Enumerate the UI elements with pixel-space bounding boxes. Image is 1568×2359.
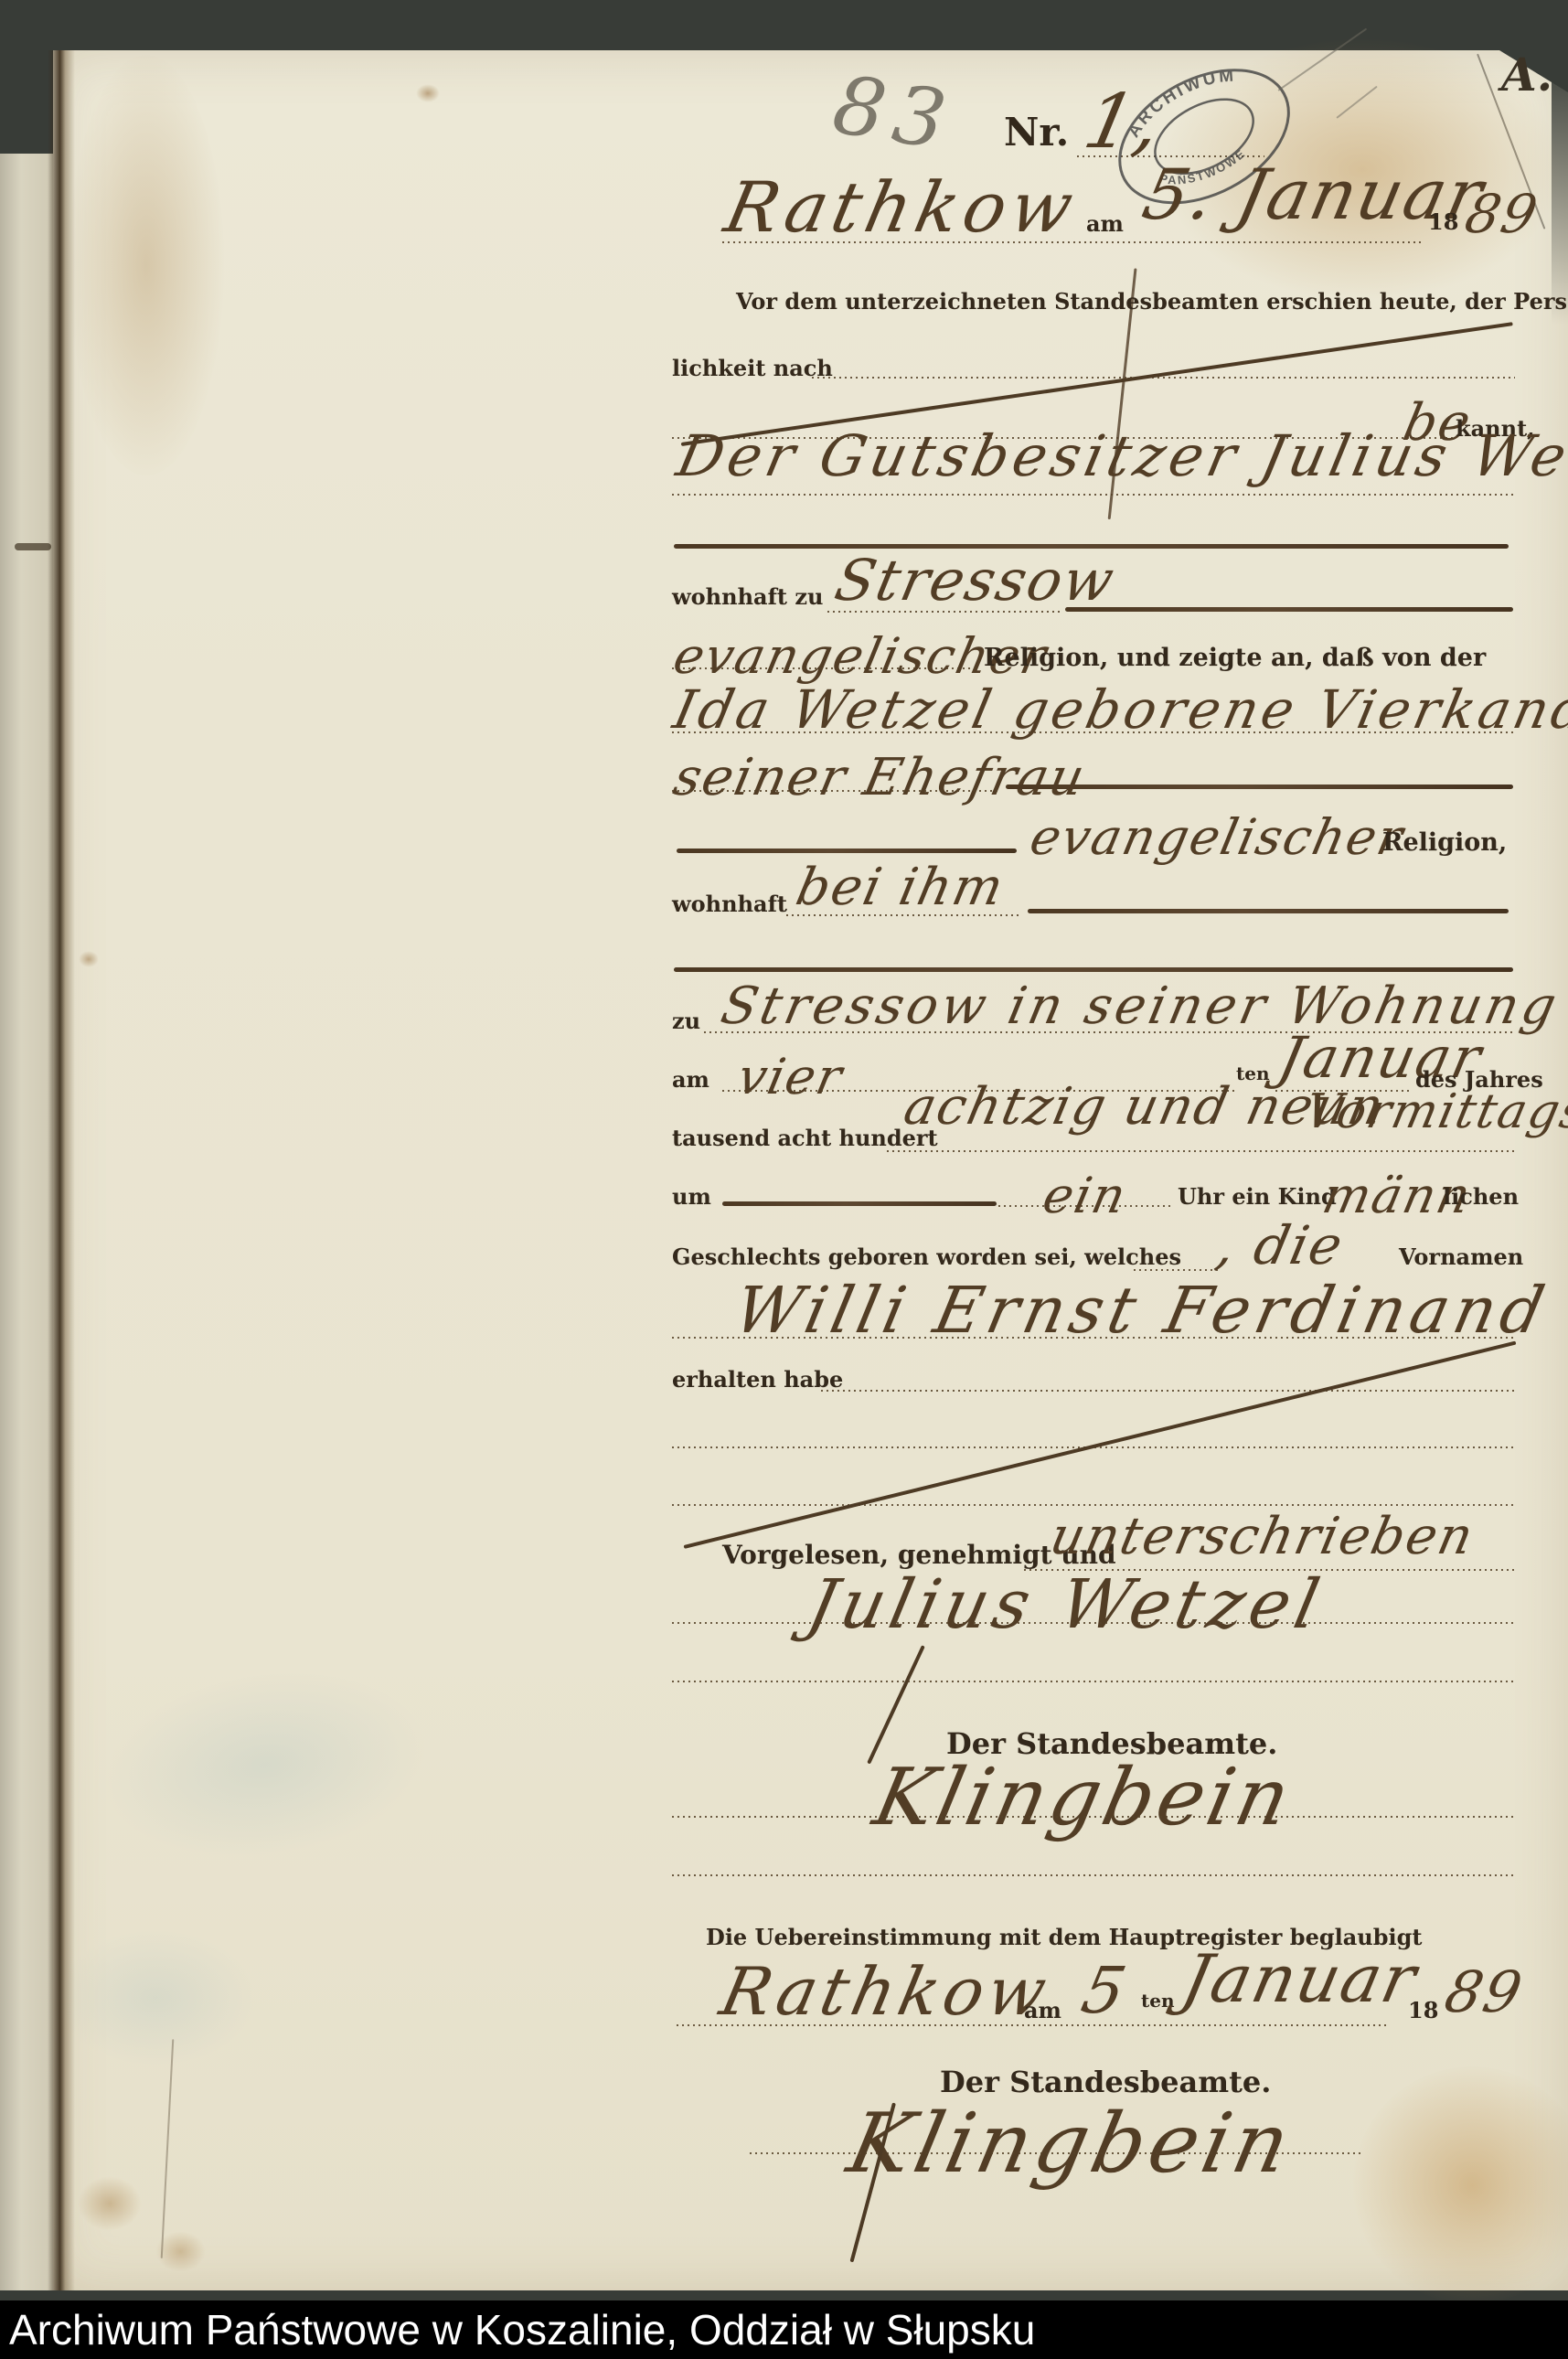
sex-line-label: Geschlechts geboren worden sei, welches (672, 1244, 1181, 1270)
page-edge-mark (15, 543, 51, 550)
empty-rule-2 (672, 1504, 1515, 1506)
residence2-label: wohnhaft (672, 891, 787, 917)
birthdate-day-entry: vier (732, 1048, 848, 1105)
signed-entry: unterschrieben (1045, 1507, 1479, 1566)
birthplace-label: zu (672, 1008, 700, 1034)
registrar-signature-2: Klingbein (840, 2096, 1302, 2192)
signature-rule-3 (750, 2152, 1362, 2154)
registrar-title-2: Der Standesbeamte. (940, 2065, 1271, 2099)
blank-stroke-5 (1028, 909, 1509, 913)
residence2-entry: bei ihm (791, 858, 1010, 917)
child-name-rule (672, 1337, 1515, 1339)
scanned-document: 83 Nr. 1, A. ARCHIWUM PAŃSTWOWE Rathkow … (0, 0, 1568, 2359)
blank-stroke-6 (674, 967, 1513, 972)
religion2-printed: Religion, (1382, 828, 1507, 857)
mother-rule (672, 731, 1515, 733)
certification-ten-label: ten (1141, 1990, 1175, 2012)
certification-month: Januar (1176, 1940, 1424, 2017)
registrar-signature-1: Klingbein (866, 1752, 1301, 1843)
underlying-page-edge (0, 154, 53, 2290)
blank-stroke-7 (722, 1201, 997, 1206)
blank-stroke-4 (677, 849, 1017, 853)
certification-am-label: am (1024, 1997, 1061, 2023)
pencil-page-number: 83 (827, 57, 961, 168)
blank-stroke-2 (1065, 607, 1513, 612)
vornamen-label: Vornamen (1399, 1244, 1523, 1270)
empty-rule-3 (672, 1681, 1515, 1682)
header-place: Rathkow (719, 166, 1086, 248)
religion2-entry: evangelischer (1025, 808, 1409, 866)
certification-year-printed: 18 (1408, 1997, 1438, 2023)
signature-rule-1 (672, 1622, 1515, 1624)
die-rule (1134, 1269, 1218, 1271)
religion1-printed: Religion, und zeigte an, daß von der (984, 644, 1486, 672)
certification-year-written: 89 (1439, 1959, 1529, 2025)
binding-crease (48, 50, 75, 2290)
archive-caption-text: Archiwum Państwowe w Koszalinie, Oddział… (0, 2300, 1035, 2359)
time-uhr-label: Uhr ein Kind (1178, 1183, 1337, 1210)
birthdate-am-label: am (672, 1066, 709, 1093)
daytime-entry: Vormittags (1300, 1084, 1568, 1139)
certification-rule (677, 2024, 1390, 2026)
record-number-label: Nr. (1004, 110, 1069, 155)
signature-rule-2 (672, 1816, 1515, 1818)
empty-rule-4 (672, 1874, 1515, 1876)
intro-line-1: Vor dem unterzeichneten Standesbeamten e… (736, 288, 1568, 315)
identity-rule (812, 377, 1515, 379)
declarant-entry: Der Gutsbesitzer Julius Wetzel (671, 422, 1568, 489)
received-label: erhalten habe (672, 1366, 843, 1393)
sex-suffix-label: lichen (1443, 1183, 1519, 1210)
die-entry: , die (1211, 1214, 1349, 1276)
declarant-signature: Julius Wetzel (801, 1565, 1331, 1644)
residence-label: wohnhaft zu (672, 583, 823, 610)
residence-entry: Stressow (829, 547, 1121, 614)
birthdate-year-rule (887, 1150, 1515, 1152)
time-hour-entry: ein (1038, 1167, 1132, 1224)
right-edge-shadow (1552, 50, 1568, 325)
header-am-label: am (1086, 210, 1124, 237)
time-um-label: um (672, 1183, 711, 1210)
corner-letter: A. (1501, 48, 1552, 101)
relation-entry: seiner Ehefrau (668, 748, 1091, 807)
intro-line-2: lichkeit nach (672, 355, 833, 381)
declarant-rule (672, 494, 1515, 496)
birthdate-thousand-label: tausend acht hundert (672, 1125, 938, 1151)
header-year-printed: 18 (1428, 208, 1458, 235)
header-year-written: 89 (1460, 183, 1544, 245)
relation-rule (672, 790, 1001, 792)
archive-caption-bar: Archiwum Państwowe w Koszalinie, Oddział… (0, 2300, 1568, 2359)
received-rule (821, 1390, 1515, 1392)
certification-place: Rathkow (714, 1953, 1058, 2030)
religion1-rule (672, 667, 978, 669)
blank-stroke-3 (1006, 785, 1513, 789)
